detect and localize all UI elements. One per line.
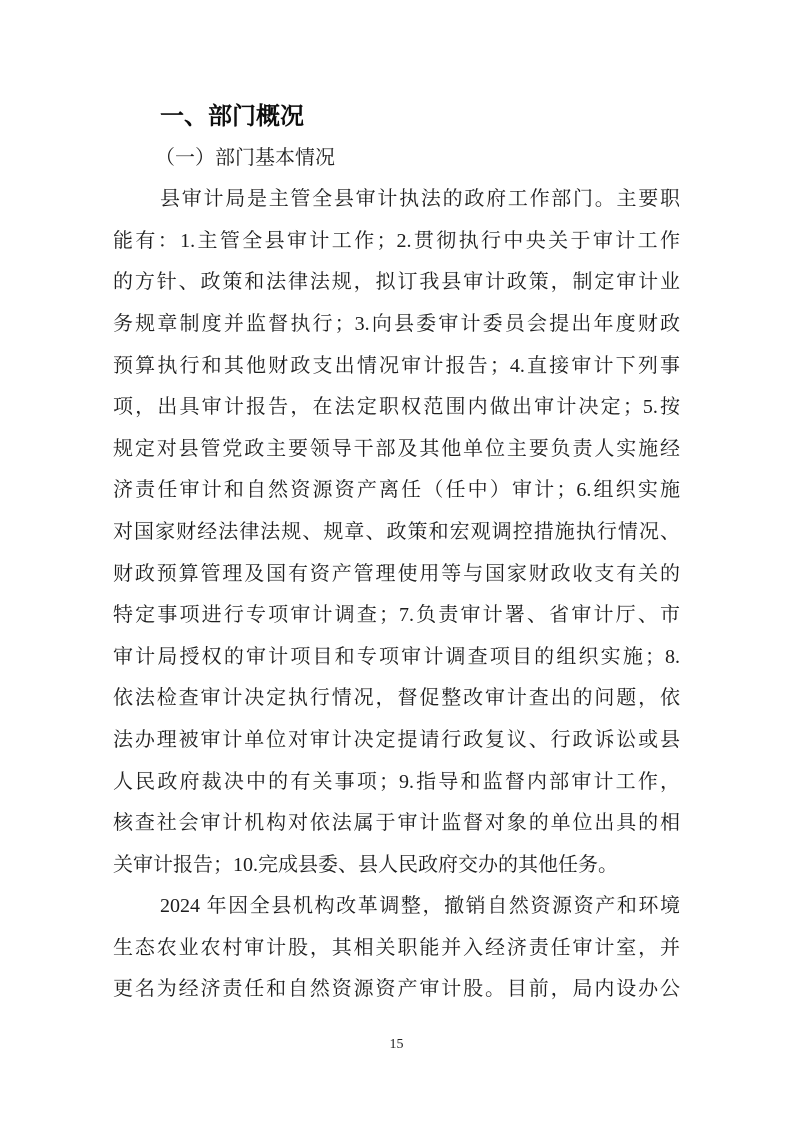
section-heading: 一、部门概况 (113, 96, 680, 138)
document-content: 一、部门概况 （一）部门基本情况 县审计局是主管全县审计执法的政府工作部门。主要… (113, 96, 680, 1011)
body-text: 县审计局是主管全县审计执法的政府工作部门。主要职能有：1.主管全县审计工作；2.… (113, 179, 680, 1011)
text-line: 更名为经济责任和自然资源资产审计股。目前，局内设办公 (113, 969, 680, 1011)
text-line: 依法检查审计决定执行情况，督促整改审计查出的问题，依 (113, 678, 680, 720)
text-line: 人民政府裁决中的有关事项；9.指导和监督内部审计工作， (113, 762, 680, 804)
text-line: 预算执行和其他财政支出情况审计报告；4.直接审计下列事 (113, 346, 680, 388)
document-page: 一、部门概况 （一）部门基本情况 县审计局是主管全县审计执法的政府工作部门。主要… (0, 0, 793, 1122)
page-number: 15 (0, 1035, 793, 1055)
text-line: 项，出具审计报告，在法定职权范围内做出审计决定；5.按 (113, 387, 680, 429)
text-line: 生态农业农村审计股，其相关职能并入经济责任审计室，并 (113, 928, 680, 970)
text-line: 济责任审计和自然资源资产离任（任中）审计；6.组织实施 (113, 470, 680, 512)
text-line: 特定事项进行专项审计调查；7.负责审计署、省审计厅、市 (113, 595, 680, 637)
paragraph: 县审计局是主管全县审计执法的政府工作部门。主要职能有：1.主管全县审计工作；2.… (113, 179, 680, 886)
text-line: 能有：1.主管全县审计工作；2.贯彻执行中央关于审计工作 (113, 221, 680, 263)
subsection-heading: （一）部门基本情况 (113, 138, 680, 180)
text-line: 务规章制度并监督执行；3.向县委审计委员会提出年度财政 (113, 304, 680, 346)
text-line: 对国家财经法律法规、规章、政策和宏观调控措施执行情况、 (113, 512, 680, 554)
paragraph: 2024 年因全县机构改革调整，撤销自然资源资产和环境生态农业农村审计股，其相关… (113, 886, 680, 1011)
text-line: 关审计报告；10.完成县委、县人民政府交办的其他任务。 (113, 845, 680, 887)
text-line: 2024 年因全县机构改革调整，撤销自然资源资产和环境 (113, 886, 680, 928)
text-line: 法办理被审计单位对审计决定提请行政复议、行政诉讼或县 (113, 720, 680, 762)
text-line: 规定对县管党政主要领导干部及其他单位主要负责人实施经 (113, 429, 680, 471)
text-line: 审计局授权的审计项目和专项审计调查项目的组织实施；8. (113, 637, 680, 679)
text-line: 财政预算管理及国有资产管理使用等与国家财政收支有关的 (113, 554, 680, 596)
text-line: 核查社会审计机构对依法属于审计监督对象的单位出具的相 (113, 803, 680, 845)
text-line: 县审计局是主管全县审计执法的政府工作部门。主要职 (113, 179, 680, 221)
text-line: 的方针、政策和法律法规，拟订我县审计政策，制定审计业 (113, 262, 680, 304)
